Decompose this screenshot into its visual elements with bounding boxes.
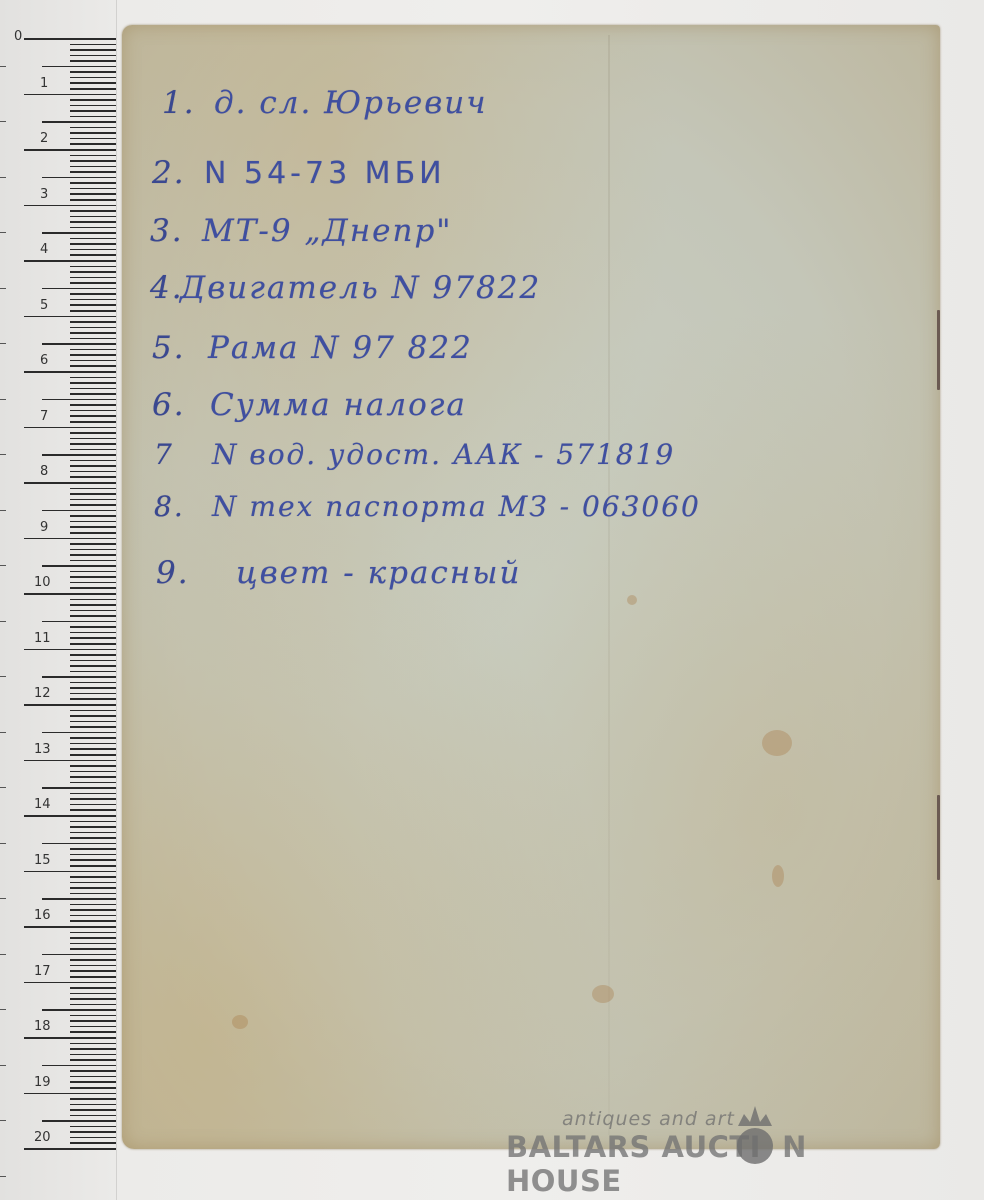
ruler-tick [70,754,116,756]
ruler-tick [42,1009,116,1011]
ruler-label: 12 [34,686,51,701]
ruler-tick [70,310,116,312]
line-number: 9. [156,555,236,591]
ruler-tick [70,365,116,367]
ruler-tick [70,421,116,423]
ruler-tick [70,127,116,129]
ruler-tick [70,832,116,834]
ruler-edge-mark [0,843,6,844]
ruler-tick [70,254,116,256]
ruler-tick [70,859,116,861]
ruler-tick [70,710,116,712]
handwritten-line-4: 4.Двигатель N 97822 [150,270,541,306]
ruler-edge-mark [0,1120,6,1121]
ruler-tick [70,887,116,889]
ruler-tick [70,227,116,229]
ruler-tick [70,632,116,634]
ruler-tick [70,682,116,684]
ruler-tick [70,610,116,612]
ruler-tick [70,155,116,157]
ruler-tick [70,438,116,440]
crown-logo-icon [732,1104,778,1166]
ruler-edge-mark [0,898,6,899]
ruler-tick [70,182,116,184]
ruler-tick [42,843,116,845]
ruler-tick [70,837,116,839]
ruler-label: 5 [40,298,48,313]
line-number: 8. [154,490,212,523]
ruler-tick [70,49,116,51]
ruler-tick [70,327,116,329]
line-number: 1. [162,85,214,121]
ruler-tick [42,288,116,290]
ruler-tick [70,920,116,922]
ruler-tick [42,121,116,123]
ruler-tick [70,671,116,673]
ruler-edge-mark [0,343,6,344]
ruler-tick [70,782,116,784]
stain [592,985,614,1003]
ruler-tick [24,538,116,540]
ruler-tick [42,232,116,234]
ruler-edge-mark [0,66,6,67]
ruler-tick [24,482,116,484]
ruler-label: 19 [34,1075,51,1090]
ruler-tick [70,854,116,856]
ruler-label: 3 [40,187,48,202]
ruler-edge-mark [0,565,6,566]
ruler-tick [70,515,116,517]
ruler-tick [70,549,116,551]
ruler-tick [70,626,116,628]
ruler-tick [70,432,116,434]
ruler-label: 14 [34,797,51,812]
ruler-tick [70,893,116,895]
ruler-tick [70,77,116,79]
ruler-tick [70,193,116,195]
ruler-edge-mark [0,288,6,289]
ruler-tick [42,787,116,789]
ruler-tick [42,954,116,956]
ruler-tick [42,177,116,179]
ruler-tick [70,465,116,467]
ruler-tick [70,493,116,495]
ruler-tick [42,399,116,401]
ruler-tick [70,388,116,390]
ruler-label: 15 [34,853,51,868]
ruler-tick [24,371,116,373]
ruler-tick [24,205,116,207]
ruler-tick [70,171,116,173]
ruler-tick [24,260,116,262]
ruler-tick [70,110,116,112]
ruler-tick [70,665,116,667]
ruler-tick [70,476,116,478]
ruler-tick [70,410,116,412]
ruler-tick [70,199,116,201]
ruler-tick [70,332,116,334]
ruler-tick [70,160,116,162]
ruler-tick [70,1115,116,1117]
ruler-tick [24,982,116,984]
ruler-tick [70,460,116,462]
ruler-tick [70,998,116,1000]
ruler-tick [70,1126,116,1128]
staple [937,310,940,390]
ruler-tick [70,415,116,417]
ruler-tick [70,560,116,562]
watermark-name: BALTARS AUCTI N HOUSE [506,1130,906,1198]
line-number: 6. [152,387,210,423]
ruler-tick [70,216,116,218]
ruler-tick [24,871,116,873]
ruler-tick [70,554,116,556]
ruler-tick [70,304,116,306]
ruler-tick [70,748,116,750]
ruler-edge-mark [0,232,6,233]
ruler-label: 0 [14,29,22,44]
ruler-tick [70,543,116,545]
ruler-tick [70,338,116,340]
ruler-tick [70,243,116,245]
auction-house-watermark: antiques and art BALTARS AUCTI N HOUSE [506,1100,906,1170]
ruler-tick [42,510,116,512]
ruler-tick [70,443,116,445]
ruler-edge-mark [0,676,6,677]
ruler-tick [70,88,116,90]
ruler-tick [70,360,116,362]
ruler-tick [70,526,116,528]
ruler-tick [70,904,116,906]
ruler-tick [70,771,116,773]
ruler-label: 6 [40,353,48,368]
ruler-tick [70,687,116,689]
ruler-tick [70,693,116,695]
handwritten-line-2: 2.N 54-73 МБИ [152,155,446,191]
ruler-tick [70,821,116,823]
ruler-tick [70,576,116,578]
ruler-tick [70,848,116,850]
ruler-tick [24,926,116,928]
ruler-tick [24,38,116,40]
ruler-tick [70,404,116,406]
ruler-tick [70,637,116,639]
line-text: д. сл. Юрьевич [214,85,488,121]
ruler-tick [70,959,116,961]
ruler-tick [70,1059,116,1061]
ruler-tick [24,427,116,429]
ruler-label: 7 [40,409,48,424]
ruler-tick [70,1098,116,1100]
ruler-tick [70,471,116,473]
ruler-tick [70,82,116,84]
ruler-tick [70,166,116,168]
ruler-tick [24,593,116,595]
ruler-label: 1 [40,76,48,91]
ruler-edge-mark [0,1009,6,1010]
ruler-tick [70,143,116,145]
handwritten-line-7: 7N вод. удост. ААК - 571819 [154,438,675,471]
ruler-tick [24,1093,116,1095]
ruler-edge-mark [0,1176,6,1177]
ruler-tick [70,55,116,57]
ruler-tick [70,1104,116,1106]
ruler-label: 11 [34,631,51,646]
stain [627,595,637,605]
ruler-tick [70,1015,116,1017]
handwritten-line-3: 3.МТ-9 „Днепр" [150,213,453,249]
ruler-edge-mark [0,399,6,400]
staple [937,795,940,880]
ruler-tick [42,1120,116,1122]
ruler-edge-mark [0,732,6,733]
ruler-tick [70,293,116,295]
ruler-tick [70,99,116,101]
line-text: Двигатель N 97822 [180,270,541,306]
handwritten-line-5: 5.Рама N 97 822 [152,330,473,366]
ruler-tick [70,932,116,934]
ruler-tick [70,499,116,501]
ruler-edge-mark [0,121,6,122]
ruler-tick [70,915,116,917]
line-number: 3. [150,213,202,249]
ruler-tick [24,94,116,96]
ruler-tick [24,704,116,706]
ruler-tick [70,277,116,279]
ruler-tick [70,1142,116,1144]
ruler-tick [70,1054,116,1056]
ruler-tick [70,1070,116,1072]
ruler-tick [24,316,116,318]
ruler-tick [70,604,116,606]
ruler-tick [24,149,116,151]
ruler-tick [70,1020,116,1022]
ruler-label: 16 [34,908,51,923]
ruler-tick [70,1131,116,1133]
ruler-tick [70,582,116,584]
ruler-tick [70,660,116,662]
line-number: 4. [150,270,180,306]
ruler-tick [70,377,116,379]
ruler-label: 4 [40,242,48,257]
ruler-tick [70,571,116,573]
ruler-tick [70,521,116,523]
ruler-label: 8 [40,464,48,479]
ruler-tick [70,71,116,73]
ruler-tick [70,354,116,356]
line-number: 7 [154,438,212,471]
ruler-tick [24,760,116,762]
ruler-tick [70,60,116,62]
ruler-tick [70,299,116,301]
ruler-tick [70,798,116,800]
ruler-edge-mark [0,621,6,622]
ruler-tick [70,393,116,395]
ruler-edge-mark [0,177,6,178]
ruler-tick [70,1109,116,1111]
ruler-tick [70,654,116,656]
ruler-tick [70,948,116,950]
ruler-tick [70,643,116,645]
ruler-tick [42,1065,116,1067]
ruler-tick [24,649,116,651]
ruler-tick [70,249,116,251]
ruler-label: 17 [34,964,51,979]
ruler-tick [70,865,116,867]
line-text: Сумма налога [210,387,467,423]
ruler-tick [70,970,116,972]
ruler-tick [70,188,116,190]
handwritten-line-6: 6.Сумма налога [152,387,467,423]
ruler-tick [24,1148,116,1150]
ruler-tick [70,1137,116,1139]
ruler-tick [70,965,116,967]
ruler-tick [70,221,116,223]
ruler-tick [70,382,116,384]
stain [762,730,792,756]
ruler-tick [70,804,116,806]
ruler-tick [24,815,116,817]
ruler-tick [70,721,116,723]
ruler-tick [70,743,116,745]
ruler-tick [70,116,116,118]
ruler-tick [70,943,116,945]
ruler-tick [70,987,116,989]
line-text: N 54-73 МБИ [204,156,446,191]
ruler-tick [70,238,116,240]
ruler-tick [70,1048,116,1050]
ruler-tick [70,909,116,911]
line-number: 5. [152,330,208,366]
ruler-tick [70,587,116,589]
ruler-tick [70,765,116,767]
ruler-tick [70,266,116,268]
ruler-tick [70,210,116,212]
ruler-tick [42,898,116,900]
ruler-tick [70,1026,116,1028]
ruler-tick [70,793,116,795]
ruler-tick [70,1087,116,1089]
ruler-tick [70,937,116,939]
line-number: 2. [152,155,204,191]
ruler-tick [70,809,116,811]
ruler-edge-mark [0,510,6,511]
ruler-label: 10 [34,575,51,590]
ruler-tick [70,1043,116,1045]
ruler-tick [42,343,116,345]
line-text: Рама N 97 822 [208,330,473,366]
ruler-tick [70,737,116,739]
ruler-tick [70,1076,116,1078]
ruler-edge-mark [0,454,6,455]
ruler-tick [70,698,116,700]
ruler-tick [70,615,116,617]
ruler-label: 2 [40,131,48,146]
line-text: N вод. удост. ААК - 571819 [212,438,675,471]
ruler-tick [70,504,116,506]
ruler-tick [70,1081,116,1083]
ruler-tick [70,826,116,828]
ruler-tick [70,726,116,728]
ruler-tick [24,1037,116,1039]
ruler-label: 13 [34,742,51,757]
handwritten-line-9: 9.цвет - красный [156,555,521,591]
ruler-tick [70,976,116,978]
ruler-tick [70,1004,116,1006]
ruler-tick [70,882,116,884]
ruler-edge-mark [0,954,6,955]
ruler-tick [70,876,116,878]
ruler-edge-mark [0,1065,6,1066]
ruler-tick [70,105,116,107]
ruler-tick [70,532,116,534]
ruler-tick [70,599,116,601]
line-text: N тех паспорта МЗ - 063060 [212,490,701,523]
ruler-tick [70,1031,116,1033]
ruler-tick [42,66,116,68]
line-text: МТ-9 „Днепр" [202,213,453,249]
ruler-tick [70,449,116,451]
ruler-tick [70,776,116,778]
ruler-tick [42,621,116,623]
stain [772,865,784,887]
ruler-tick [70,715,116,717]
ruler-tick [70,271,116,273]
document-page: 1.д. сл. Юрьевич 2.N 54-73 МБИ 3.МТ-9 „Д… [122,25,940,1149]
watermark-tagline: antiques and art [562,1108,735,1130]
stain [232,1015,248,1029]
ruler-tick [70,993,116,995]
ruler-edge-mark [0,787,6,788]
ruler-tick [70,44,116,46]
ruler-tick [42,676,116,678]
ruler-tick [70,321,116,323]
ruler-label: 20 [34,1130,51,1145]
line-text: цвет - красный [236,555,521,591]
handwritten-line-1: 1.д. сл. Юрьевич [162,85,488,121]
ruler-tick [42,732,116,734]
ruler-label: 18 [34,1019,51,1034]
ruler-tick [70,282,116,284]
handwritten-line-8: 8.N тех паспорта МЗ - 063060 [154,490,701,523]
ruler-tick [70,138,116,140]
ruler-label: 9 [40,520,48,535]
ruler-tick [70,349,116,351]
ruler-tick [42,454,116,456]
ruler-tick [70,488,116,490]
paper-fold-crease [608,35,610,1135]
ruler-tick [42,565,116,567]
measuring-ruler: 01234567891011121314151617181920 [0,0,117,1200]
ruler-tick [70,132,116,134]
